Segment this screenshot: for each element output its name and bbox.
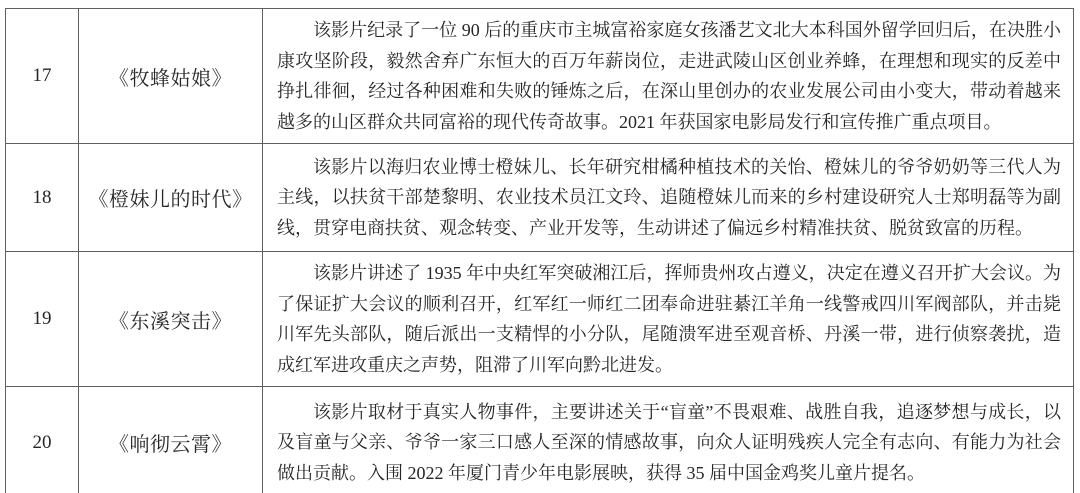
film-title: 《东溪突击》 [109, 311, 232, 333]
row-number: 17 [33, 65, 52, 86]
film-description-cell: 该影片以海归农业博士橙妹儿、长年研究柑橘种植技术的关怡、橙妹儿的爷爷奶奶等三代人… [263, 144, 1074, 252]
row-number: 20 [33, 432, 52, 453]
row-number: 18 [33, 187, 52, 208]
film-title: 《橙妹儿的时代》 [89, 189, 253, 211]
table-row: 19 《东溪突击》 该影片讲述了 1935 年中央红军突破湘江后，挥师贵州攻占遵… [6, 252, 1074, 387]
film-title: 《牧蜂姑娘》 [109, 68, 232, 90]
film-title-cell: 《东溪突击》 [79, 252, 263, 387]
film-description: 该影片取材于真实人物事件，主要讲述关于“盲童”不畏艰难、战胜自我，追逐梦想与成长… [277, 397, 1061, 489]
film-description-cell: 该影片取材于真实人物事件，主要讲述关于“盲童”不畏艰难、战胜自我，追逐梦想与成长… [263, 387, 1074, 493]
film-description-cell: 该影片纪录了一位 90 后的重庆市主城富裕家庭女孩潘艺文北大本科国外留学回归后，… [263, 9, 1074, 144]
film-list-table: 17 《牧蜂姑娘》 该影片纪录了一位 90 后的重庆市主城富裕家庭女孩潘艺文北大… [5, 8, 1074, 493]
row-number-cell: 20 [6, 387, 79, 493]
film-description: 该影片纪录了一位 90 后的重庆市主城富裕家庭女孩潘艺文北大本科国外留学回归后，… [277, 15, 1061, 137]
film-title-cell: 《橙妹儿的时代》 [79, 144, 263, 252]
row-number-cell: 17 [6, 9, 79, 144]
table-row: 20 《响彻云霄》 该影片取材于真实人物事件，主要讲述关于“盲童”不畏艰难、战胜… [6, 387, 1074, 493]
film-description-cell: 该影片讲述了 1935 年中央红军突破湘江后，挥师贵州攻占遵义，决定在遵义召开扩… [263, 252, 1074, 387]
row-number-cell: 19 [6, 252, 79, 387]
row-number-cell: 18 [6, 144, 79, 252]
film-description: 该影片以海归农业博士橙妹儿、长年研究柑橘种植技术的关怡、橙妹儿的爷爷奶奶等三代人… [277, 152, 1061, 244]
film-title: 《响彻云霄》 [109, 434, 232, 456]
film-description: 该影片讲述了 1935 年中央红军突破湘江后，挥师贵州攻占遵义，决定在遵义召开扩… [277, 258, 1061, 380]
table-row: 17 《牧蜂姑娘》 该影片纪录了一位 90 后的重庆市主城富裕家庭女孩潘艺文北大… [6, 9, 1074, 144]
table-row: 18 《橙妹儿的时代》 该影片以海归农业博士橙妹儿、长年研究柑橘种植技术的关怡、… [6, 144, 1074, 252]
row-number: 19 [33, 308, 52, 329]
document-page: 17 《牧蜂姑娘》 该影片纪录了一位 90 后的重庆市主城富裕家庭女孩潘艺文北大… [0, 0, 1080, 493]
film-title-cell: 《牧蜂姑娘》 [79, 9, 263, 144]
film-title-cell: 《响彻云霄》 [79, 387, 263, 493]
